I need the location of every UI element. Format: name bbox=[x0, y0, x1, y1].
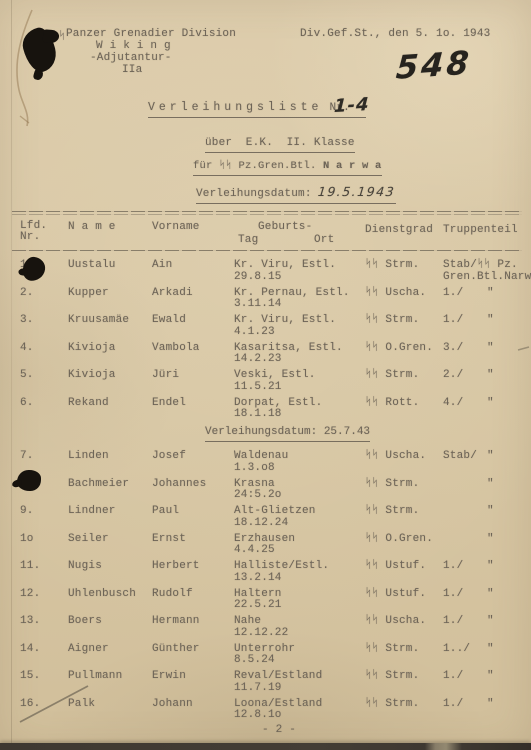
table-row: 11. Nugis Herbert Halliste/Estl.13.2.14 … bbox=[0, 560, 531, 588]
cell-name: Uustalu bbox=[68, 259, 116, 271]
cell-ditto-mark: " bbox=[487, 369, 494, 381]
cell-dienstgrad: ᛋᛋ Strm. bbox=[365, 643, 419, 655]
table-row: 14. Aigner Günther Unterrohr8.5.24 ᛋᛋ St… bbox=[0, 643, 531, 671]
table-row: 1o Seiler Ernst Erzhausen4.4.25 ᛋᛋ O.Gre… bbox=[0, 533, 531, 561]
cell-unit-line1: 1./ bbox=[443, 314, 463, 326]
cell-birth-ort: Dorpat, Estl. bbox=[234, 397, 322, 409]
cell-birth-tag: 12.8.1o bbox=[234, 709, 282, 721]
cell-lfd-nr: 4. bbox=[20, 342, 34, 354]
cell-vorname: Hermann bbox=[152, 615, 200, 627]
cell-birth-ort: Veski, Estl. bbox=[234, 369, 316, 381]
cell-vorname: Günther bbox=[152, 643, 200, 655]
cell-ditto-mark: " bbox=[487, 287, 494, 299]
cell-birth-tag: 12.12.22 bbox=[234, 627, 288, 639]
table-header-rule bbox=[12, 250, 522, 251]
cell-birth-ort: Krasna bbox=[234, 478, 275, 490]
cell-ditto-mark: " bbox=[487, 533, 494, 545]
cell-dienstgrad: ᛋᛋ Strm. bbox=[365, 505, 419, 517]
cell-vorname: Vambola bbox=[152, 342, 200, 354]
cell-truppenteil: Stab/ bbox=[443, 450, 477, 462]
subtitle-battalion: für ᛋᛋ Pz.Gren.Btl. N a r w a bbox=[193, 160, 382, 176]
cell-dienstgrad: ᛋᛋ Strm. bbox=[365, 478, 419, 490]
cell-dienstgrad: ᛋᛋ Strm. bbox=[365, 259, 419, 271]
cell-birth: Krasna24:5.2o bbox=[234, 478, 275, 490]
cell-dienstgrad: ᛋᛋ Rott. bbox=[365, 397, 419, 409]
cell-lfd-nr: 9. bbox=[20, 505, 34, 517]
cell-dienstgrad: ᛋᛋ Uscha. bbox=[365, 287, 426, 299]
cell-birth-ort: Unterrohr bbox=[234, 643, 295, 655]
col-header-truppenteil: Truppenteil bbox=[443, 224, 518, 236]
cell-unit-line2: Gren.Btl.Narwa bbox=[443, 271, 531, 283]
cell-lfd-nr: 2. bbox=[20, 287, 34, 299]
cell-birth-ort: Kr. Viru, Estl. bbox=[234, 314, 336, 326]
cell-unit-line1: 1../ bbox=[443, 643, 470, 655]
cell-name: Kivioja bbox=[68, 369, 116, 381]
cell-lfd-nr: 6. bbox=[20, 397, 34, 409]
cell-truppenteil: 1./ bbox=[443, 560, 463, 572]
table-row: 1. Uustalu Ain Kr. Viru, Estl.29.8.15 ᛋᛋ… bbox=[0, 259, 531, 287]
cell-vorname: Erwin bbox=[152, 670, 186, 682]
date-line: Div.Gef.St., den 5. 1o. 1943 bbox=[300, 28, 490, 40]
cell-birth-tag: 29.8.15 bbox=[234, 271, 282, 283]
table-row: 3. Kruusamäe Ewald Kr. Viru, Estl.4.1.23… bbox=[0, 314, 531, 342]
cell-dienstgrad: ᛋᛋ Uscha. bbox=[365, 450, 426, 462]
cell-unit-line1: Stab/ bbox=[443, 450, 477, 462]
cell-birth-tag: 24:5.2o bbox=[234, 489, 282, 501]
cell-name: Rekand bbox=[68, 397, 109, 409]
cell-ditto-mark: " bbox=[487, 397, 494, 409]
cell-birth: Kr. Viru, Estl.4.1.23 bbox=[234, 314, 336, 326]
cell-ditto-mark: " bbox=[487, 670, 494, 682]
cell-unit-line1: 2./ bbox=[443, 369, 463, 381]
cell-birth-tag: 4.1.23 bbox=[234, 326, 275, 338]
cell-birth-ort: Alt-Glietzen bbox=[234, 505, 316, 517]
cell-ditto-mark: " bbox=[487, 588, 494, 600]
cell-name: Palk bbox=[68, 698, 95, 710]
cell-vorname: Johann bbox=[152, 698, 193, 710]
cell-truppenteil: 1./ bbox=[443, 670, 463, 682]
cell-ditto-mark: " bbox=[487, 450, 494, 462]
cell-lfd-nr: 14. bbox=[20, 643, 40, 655]
table-row: 4. Kivioja Vambola Kasaritsa, Estl.14.2.… bbox=[0, 342, 531, 370]
cell-dienstgrad: ᛋᛋ O.Gren. bbox=[365, 342, 433, 354]
cell-truppenteil: 1./ bbox=[443, 314, 463, 326]
col-header-geburts: Geburts- bbox=[258, 221, 312, 233]
cell-ditto-mark: " bbox=[487, 342, 494, 354]
cell-birth-tag: 3.11.14 bbox=[234, 298, 282, 310]
battalion-name: N a r w a bbox=[323, 160, 382, 172]
cell-name: Lindner bbox=[68, 505, 116, 517]
cell-ditto-mark: " bbox=[487, 505, 494, 517]
col-header-tag: Tag bbox=[238, 234, 258, 246]
cell-truppenteil: 1./ bbox=[443, 588, 463, 600]
cell-name: Kruusamäe bbox=[68, 314, 129, 326]
cell-unit-line1: 1./ bbox=[443, 560, 463, 572]
subtitle-award-class: über E.K. II. Klasse bbox=[205, 137, 355, 153]
cell-dienstgrad: ᛋᛋ Uscha. bbox=[365, 615, 426, 627]
cell-vorname: Rudolf bbox=[152, 588, 193, 600]
cell-birth-ort: Reval/Estland bbox=[234, 670, 322, 682]
cell-birth-ort: Kr. Viru, Estl. bbox=[234, 259, 336, 271]
cell-lfd-nr: 5. bbox=[20, 369, 34, 381]
cell-birth: Halliste/Estl.13.2.14 bbox=[234, 560, 329, 572]
cell-ditto-mark: " bbox=[487, 643, 494, 655]
table-row: 7. Linden Josef Waldenau1.3.o8 ᛋᛋ Uscha.… bbox=[0, 450, 531, 478]
cell-vorname: Jüri bbox=[152, 369, 179, 381]
table-row: 6. Rekand Endel Dorpat, Estl.18.1.18 ᛋᛋ … bbox=[0, 397, 531, 425]
handwritten-list-number: 1-4 bbox=[333, 94, 370, 117]
cell-truppenteil: 1../ bbox=[443, 643, 470, 655]
cell-birth: Haltern22.5.21 bbox=[234, 588, 282, 600]
cell-vorname: Herbert bbox=[152, 560, 200, 572]
cell-name: Pullmann bbox=[68, 670, 122, 682]
cell-unit-line1: 3./ bbox=[443, 342, 463, 354]
table-top-rule-2 bbox=[12, 214, 522, 215]
table-row: 2. Kupper Arkadi Kr. Pernau, Estl.3.11.1… bbox=[0, 287, 531, 315]
table-row: 16. Palk Johann Loona/Estland12.8.1o ᛋᛋ … bbox=[0, 698, 531, 726]
cell-birth-ort: Nahe bbox=[234, 615, 261, 627]
cell-truppenteil: 4./ bbox=[443, 397, 463, 409]
adjutantur-line: -Adjutantur- bbox=[90, 52, 172, 64]
cell-name: Bachmeier bbox=[68, 478, 129, 490]
cell-unit-line1: 4./ bbox=[443, 397, 463, 409]
cell-birth-ort: Haltern bbox=[234, 588, 282, 600]
division-title: Panzer Grenadier Division bbox=[66, 28, 236, 40]
cell-vorname: Arkadi bbox=[152, 287, 193, 299]
cell-birth-tag: 14.2.23 bbox=[234, 353, 282, 365]
scan-edge bbox=[0, 743, 531, 750]
cell-lfd-nr: 11. bbox=[20, 560, 40, 572]
cell-birth: Nahe12.12.22 bbox=[234, 615, 261, 627]
cell-vorname: Endel bbox=[152, 397, 186, 409]
cell-truppenteil: Stab/ᛋᛋ Pz.Gren.Btl.Narwa bbox=[443, 259, 518, 271]
cell-lfd-nr: 12. bbox=[20, 588, 40, 600]
cell-dienstgrad: ᛋᛋ O.Gren. bbox=[365, 533, 433, 545]
mid-award-date: Verleihungsdatum: 25.7.43 bbox=[205, 426, 370, 442]
cell-ditto-mark: " bbox=[487, 560, 494, 572]
cell-dienstgrad: ᛋᛋ Ustuf. bbox=[365, 560, 426, 572]
cell-unit-line1: Stab/ᛋᛋ Pz. bbox=[443, 259, 518, 271]
cell-birth-tag: 8.5.24 bbox=[234, 654, 275, 666]
cell-lfd-nr: 3. bbox=[20, 314, 34, 326]
list-title-spaced: Verleihungsliste bbox=[148, 101, 322, 114]
cell-birth: Veski, Estl.11.5.21 bbox=[234, 369, 316, 381]
cell-unit-line1: 1./ bbox=[443, 698, 463, 710]
cell-birth-ort: Waldenau bbox=[234, 450, 288, 462]
cell-birth: Erzhausen4.4.25 bbox=[234, 533, 295, 545]
cell-birth-tag: 1.3.o8 bbox=[234, 462, 275, 474]
cell-unit-line1: 1./ bbox=[443, 670, 463, 682]
cell-birth-tag: 22.5.21 bbox=[234, 599, 282, 611]
cell-ditto-mark: " bbox=[487, 698, 494, 710]
section-line: IIa bbox=[122, 64, 142, 76]
cell-ditto-mark: " bbox=[487, 478, 494, 490]
cell-name: Boers bbox=[68, 615, 102, 627]
cell-vorname: Ernst bbox=[152, 533, 186, 545]
cell-dienstgrad: ᛋᛋ Strm. bbox=[365, 698, 419, 710]
mid-award-date-row: Verleihungsdatum: 25.7.43 bbox=[0, 424, 531, 450]
table-row: 12. Uhlenbusch Rudolf Haltern22.5.21 ᛋᛋ … bbox=[0, 588, 531, 616]
award-date-label: Verleihungsdatum: bbox=[196, 188, 318, 200]
cell-birth-ort: Halliste/Estl. bbox=[234, 560, 329, 572]
cell-name: Linden bbox=[68, 450, 109, 462]
cell-birth-tag: 11.7.19 bbox=[234, 682, 282, 694]
subtitle-battalion-prefix: für ᛋᛋ Pz.Gren.Btl. bbox=[193, 160, 323, 172]
scanned-document: ᛋᛋ Panzer Grenadier Division W i k i n g… bbox=[0, 0, 531, 750]
cell-dienstgrad: ᛋᛋ Strm. bbox=[365, 369, 419, 381]
cell-truppenteil: 1./ bbox=[443, 615, 463, 627]
cell-unit-line1: 1./ bbox=[443, 615, 463, 627]
table-body: 1. Uustalu Ain Kr. Viru, Estl.29.8.15 ᛋᛋ… bbox=[0, 259, 531, 725]
col-header-dienstgrad: Dienstgrad bbox=[365, 224, 433, 236]
cell-name: Kupper bbox=[68, 287, 109, 299]
col-header-name: N a m e bbox=[68, 221, 116, 233]
division-name: W i k i n g bbox=[96, 40, 171, 52]
cell-birth-tag: 18.1.18 bbox=[234, 408, 282, 420]
table-row: Bachmeier Johannes Krasna24:5.2o ᛋᛋ Strm… bbox=[0, 478, 531, 506]
cell-birth-ort: Kr. Pernau, Estl. bbox=[234, 287, 350, 299]
cell-lfd-nr: 13. bbox=[20, 615, 40, 627]
rows-first-award: 1. Uustalu Ain Kr. Viru, Estl.29.8.15 ᛋᛋ… bbox=[0, 259, 531, 424]
col-header-vorname: Vorname bbox=[152, 221, 200, 233]
table-row: 15. Pullmann Erwin Reval/Estland11.7.19 … bbox=[0, 670, 531, 698]
cell-vorname: Ain bbox=[152, 259, 172, 271]
cell-vorname: Paul bbox=[152, 505, 179, 517]
cell-birth-tag: 11.5.21 bbox=[234, 381, 282, 393]
cell-birth-tag: 4.4.25 bbox=[234, 544, 275, 556]
cell-birth: Unterrohr8.5.24 bbox=[234, 643, 295, 655]
table-row: 13. Boers Hermann Nahe12.12.22 ᛋᛋ Uscha.… bbox=[0, 615, 531, 643]
award-date-line: Verleihungsdatum: 19.5.1943 bbox=[196, 184, 396, 204]
table-top-rule bbox=[12, 211, 522, 212]
cell-birth-tag: 18.12.24 bbox=[234, 517, 288, 529]
cell-birth-tag: 13.2.14 bbox=[234, 572, 282, 584]
cell-name: Kivioja bbox=[68, 342, 116, 354]
table-row: 9. Lindner Paul Alt-Glietzen18.12.24 ᛋᛋ … bbox=[0, 505, 531, 533]
cell-vorname: Johannes bbox=[152, 478, 206, 490]
cell-birth-ort: Erzhausen bbox=[234, 533, 295, 545]
cell-birth: Waldenau1.3.o8 bbox=[234, 450, 288, 462]
cell-birth-ort: Loona/Estland bbox=[234, 698, 322, 710]
cell-name: Seiler bbox=[68, 533, 109, 545]
col-header-ort: Ort bbox=[314, 234, 334, 246]
cell-unit-line1: 1./ bbox=[443, 588, 463, 600]
cell-vorname: Ewald bbox=[152, 314, 186, 326]
cell-birth: Reval/Estland11.7.19 bbox=[234, 670, 322, 682]
table-row: 5. Kivioja Jüri Veski, Estl.11.5.21 ᛋᛋ S… bbox=[0, 369, 531, 397]
cell-lfd-nr: 1o bbox=[20, 533, 34, 545]
handwritten-award-date: 19.5.1943 bbox=[318, 184, 397, 199]
hole-punch-row8 bbox=[17, 470, 41, 491]
cell-truppenteil: 2./ bbox=[443, 369, 463, 381]
cell-birth: Alt-Glietzen18.12.24 bbox=[234, 505, 316, 517]
cell-name: Uhlenbusch bbox=[68, 588, 136, 600]
cell-dienstgrad: ᛋᛋ Strm. bbox=[365, 670, 419, 682]
cell-vorname: Josef bbox=[152, 450, 186, 462]
cell-dienstgrad: ᛋᛋ Strm. bbox=[365, 314, 419, 326]
cell-truppenteil: 3./ bbox=[443, 342, 463, 354]
cell-lfd-nr: 16. bbox=[20, 698, 40, 710]
cell-dienstgrad: ᛋᛋ Ustuf. bbox=[365, 588, 426, 600]
cell-ditto-mark: " bbox=[487, 615, 494, 627]
cell-birth: Loona/Estland12.8.1o bbox=[234, 698, 322, 710]
cell-truppenteil: 1./ bbox=[443, 698, 463, 710]
cell-lfd-nr: 7. bbox=[20, 450, 34, 462]
cell-name: Nugis bbox=[68, 560, 102, 572]
cell-birth: Kr. Viru, Estl.29.8.15 bbox=[234, 259, 336, 271]
cell-ditto-mark: " bbox=[487, 314, 494, 326]
cell-birth: Dorpat, Estl.18.1.18 bbox=[234, 397, 322, 409]
cell-birth: Kr. Pernau, Estl.3.11.14 bbox=[234, 287, 350, 299]
cell-truppenteil: 1./ bbox=[443, 287, 463, 299]
cell-name: Aigner bbox=[68, 643, 109, 655]
handwritten-doc-number: 548 bbox=[395, 43, 473, 87]
rows-second-award: 7. Linden Josef Waldenau1.3.o8 ᛋᛋ Uscha.… bbox=[0, 450, 531, 725]
col-header-nr: Nr. bbox=[20, 231, 40, 243]
cell-birth-ort: Kasaritsa, Estl. bbox=[234, 342, 343, 354]
cell-lfd-nr: 15. bbox=[20, 670, 40, 682]
cell-unit-line1: 1./ bbox=[443, 287, 463, 299]
cell-birth: Kasaritsa, Estl.14.2.23 bbox=[234, 342, 343, 354]
page-number: - 2 - bbox=[262, 724, 296, 736]
